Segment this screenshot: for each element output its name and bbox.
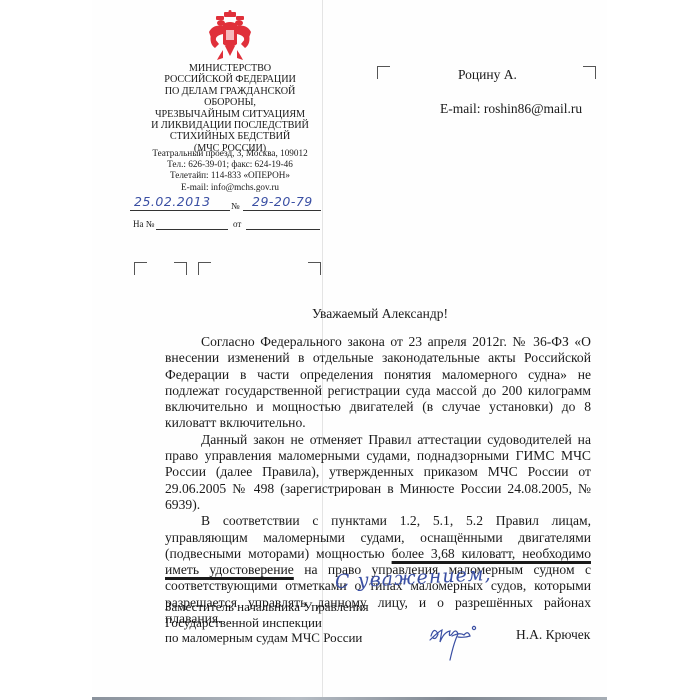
- ministry-line: и ликвидации последствий: [140, 120, 320, 131]
- ministry-line: Министерство: [140, 63, 320, 74]
- contact-teletype: Телетайп: 114-833 «ОПЕРОН»: [140, 170, 320, 181]
- recipient-name: Роцину А.: [458, 67, 517, 83]
- signer-name: Н.А. Крючек: [516, 627, 590, 643]
- ministry-header: Министерство Российской Федерации по дел…: [140, 63, 320, 154]
- recipient-email: E-mail: roshin86@mail.ru: [440, 101, 582, 117]
- number-underline: [243, 210, 321, 211]
- ministry-line: чрезвычайным ситуациям: [140, 109, 320, 120]
- signer-title-line: Заместитель начальника Управления: [165, 599, 369, 615]
- paragraph: Согласно Федерального закона от 23 апрел…: [165, 334, 591, 432]
- reply-to-underline: [156, 229, 228, 230]
- ministry-contacts: Театральный проезд, 3, Москва, 109012 Те…: [140, 148, 320, 193]
- signer-title: Заместитель начальника Управления Госуда…: [165, 599, 369, 646]
- letter-number: 29-20-79: [252, 194, 313, 209]
- ministry-line: Российской Федерации: [140, 74, 320, 85]
- reply-from-underline: [246, 229, 320, 230]
- contact-phone: Тел.: 626-39-01; факс: 624-19-46: [140, 159, 320, 170]
- date-underline: [130, 210, 230, 211]
- ministry-line: стихийных бедствий: [140, 131, 320, 142]
- letter-date: 25.02.2013: [134, 194, 211, 209]
- subject-corner-mark: [308, 262, 321, 275]
- number-label: №: [231, 201, 240, 211]
- contact-email: E-mail: info@mchs.gov.ru: [140, 182, 320, 193]
- handwritten-signature-icon: [428, 622, 478, 662]
- reply-from-label: от: [233, 219, 241, 229]
- russian-coat-of-arms-icon: [207, 10, 253, 62]
- subject-corner-mark: [134, 262, 147, 275]
- signer-title-line: Государственной инспекции: [165, 615, 369, 631]
- subject-corner-mark: [174, 262, 187, 275]
- paragraph: Данный закон не отменяет Правил аттестац…: [165, 432, 591, 513]
- ministry-line: по делам гражданской обороны,: [140, 86, 320, 109]
- reply-to-label: На №: [133, 219, 154, 229]
- subject-corner-mark: [198, 262, 211, 275]
- salutation: Уважаемый Александр!: [312, 306, 448, 322]
- address-corner-mark: [377, 66, 390, 79]
- contact-address: Театральный проезд, 3, Москва, 109012: [140, 148, 320, 159]
- signer-title-line: по маломерным судам МЧС России: [165, 630, 369, 646]
- address-corner-mark: [583, 66, 596, 79]
